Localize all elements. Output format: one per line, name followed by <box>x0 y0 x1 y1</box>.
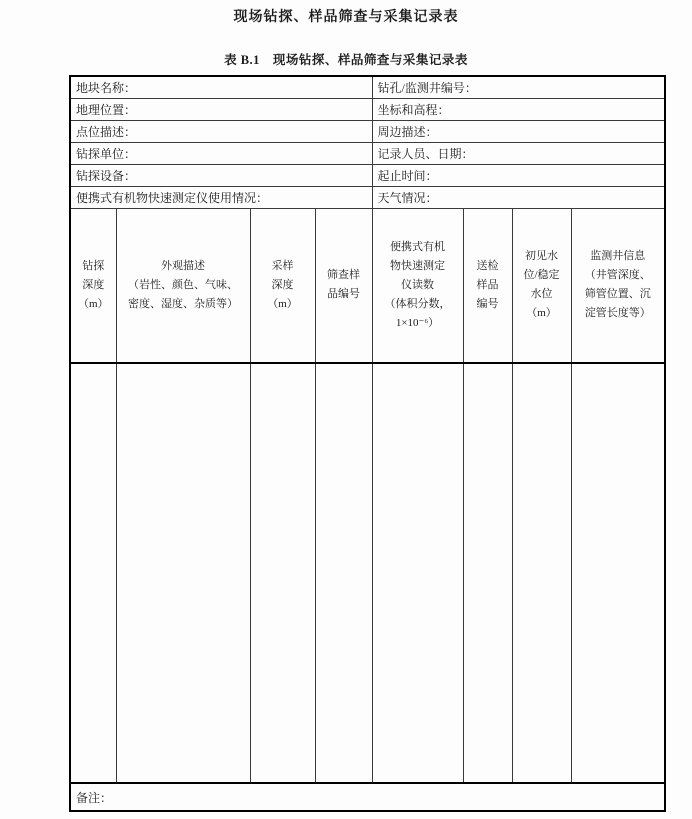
info-row-description: 点位描述： 周边描述： <box>70 120 665 142</box>
remarks-row: 备注： <box>70 783 665 811</box>
field-borehole-well-id: 钻孔/监测井编号： <box>372 76 665 98</box>
column-header-water-level: 初见水 位/稳定 水位 （m） <box>512 208 571 363</box>
column-header-sampling-depth: 采样 深度 （m） <box>250 208 315 363</box>
column-header-appearance-description: 外观描述 （岩性、颜色、气味、 密度、湿度、杂质等） <box>116 208 250 363</box>
body-cell-appearance-description <box>116 363 250 783</box>
field-site-name: 地块名称： <box>70 76 372 98</box>
info-row-detector-usage: 便携式有机物快速测定仪使用情况： 天气情况： <box>70 186 665 208</box>
column-header-lab-sample-id: 送检 样品 编号 <box>463 208 512 363</box>
record-table: 地块名称： 钻孔/监测井编号： 地理位置： 坐标和高程： 点位描述： 周边描述：… <box>69 75 666 812</box>
table-caption: 表 B.1 现场钻探、样品筛查与采集记录表 <box>0 50 692 68</box>
column-header-row: 钻探 深度 （m） 外观描述 （岩性、颜色、气味、 密度、湿度、杂质等） 采样 … <box>70 208 665 363</box>
body-cell-screening-sample-id <box>315 363 372 783</box>
info-row-drilling-equipment: 钻探设备： 起止时间： <box>70 164 665 186</box>
column-header-monitoring-well-info: 监测井信息 （井管深度、 筛管位置、沉 淀管长度等） <box>571 208 665 363</box>
document-page: 现场钻探、样品筛查与采集记录表 表 B.1 现场钻探、样品筛查与采集记录表 地块… <box>0 0 692 819</box>
data-entry-row <box>70 363 665 783</box>
body-cell-monitoring-well-info <box>571 363 665 783</box>
field-recorder-date: 记录人员、日期： <box>372 142 665 164</box>
info-row-location: 地理位置： 坐标和高程： <box>70 98 665 120</box>
column-header-screening-sample-id: 筛查样 品编号 <box>315 208 372 363</box>
remarks-label: 备注： <box>70 783 665 811</box>
column-header-drill-depth: 钻探 深度 （m） <box>70 208 116 363</box>
field-drilling-equipment: 钻探设备： <box>70 164 372 186</box>
page-title: 现场钻探、样品筛查与采集记录表 <box>0 0 692 26</box>
info-row-drilling-unit: 钻探单位： 记录人员、日期： <box>70 142 665 164</box>
body-cell-sampling-depth <box>250 363 315 783</box>
field-drilling-unit: 钻探单位： <box>70 142 372 164</box>
field-coordinates-elevation: 坐标和高程： <box>372 98 665 120</box>
column-header-detector-reading: 便携式有机 物快速测定 仪读数 （体积分数， 1×10⁻⁶） <box>372 208 463 363</box>
field-start-end-time: 起止时间： <box>372 164 665 186</box>
field-weather: 天气情况： <box>372 186 665 208</box>
field-point-description: 点位描述： <box>70 120 372 142</box>
body-cell-drill-depth <box>70 363 116 783</box>
body-cell-detector-reading <box>372 363 463 783</box>
body-cell-water-level <box>512 363 571 783</box>
field-surroundings-description: 周边描述： <box>372 120 665 142</box>
body-cell-lab-sample-id <box>463 363 512 783</box>
field-portable-detector-usage: 便携式有机物快速测定仪使用情况： <box>70 186 372 208</box>
field-geographic-location: 地理位置： <box>70 98 372 120</box>
info-row-site-name: 地块名称： 钻孔/监测井编号： <box>70 76 665 98</box>
